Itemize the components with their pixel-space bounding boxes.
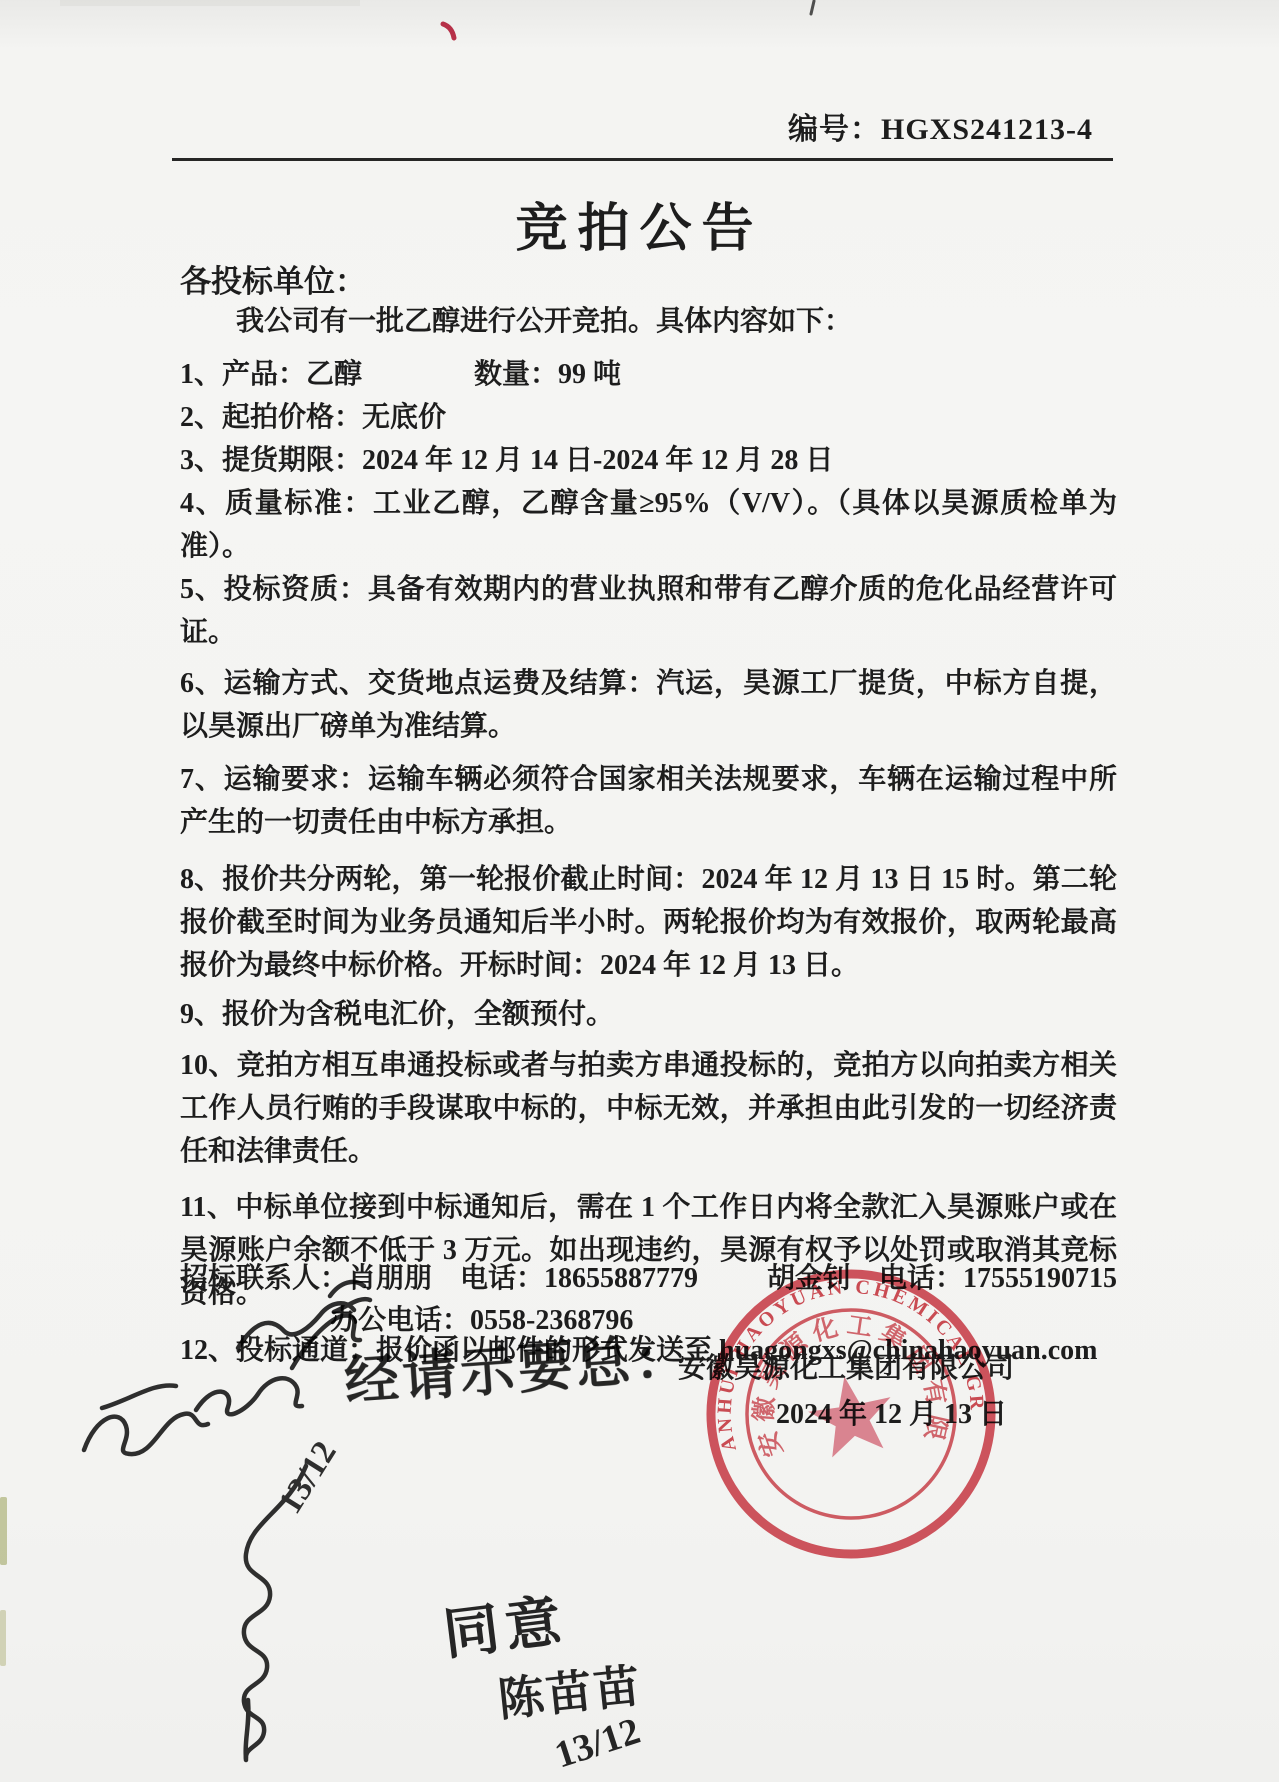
scan-edge-artifact-left-2 (0, 1610, 6, 1666)
document-body: 我公司有一批乙醇进行公开竞拍。具体内容如下： 1、产品：乙醇 数量：99 吨 2… (180, 300, 1117, 1372)
contact-row: 招标联系人：肖朋朋 电话：18655887779 胡金钊 电话：17555190… (180, 1256, 1117, 1296)
contact-primary: 招标联系人：肖朋朋 电话：18655887779 (180, 1256, 698, 1296)
item-1: 1、产品：乙醇 数量：99 吨 (180, 353, 1117, 396)
item-4: 4、质量标准：工业乙醇，乙醇含量≥95%（V/V）。（具体以昊源质检单为准）。 (180, 482, 1117, 568)
item-5: 5、投标资质：具备有效期内的营业执照和带有乙醇介质的危化品经营许可证。 (180, 568, 1117, 654)
item-3: 3、提货期限：2024 年 12 月 14 日-2024 年 12 月 28 日 (180, 439, 1117, 482)
scanned-document-page: { "document": { "doc_number": "编号：HGXS24… (0, 0, 1279, 1782)
item-6: 6、运输方式、交货地点运费及结算：汽运，昊源工厂提货，中标方自提，以昊源出厂磅单… (180, 662, 1117, 748)
signoff-date: 2024 年 12 月 13 日 (776, 1392, 1007, 1432)
scan-edge-artifact-left-1 (0, 1497, 7, 1565)
scan-edge-artifact-top (60, 0, 360, 6)
intro-paragraph: 我公司有一批乙醇进行公开竞拍。具体内容如下： (180, 300, 1117, 343)
header-rule (172, 158, 1113, 161)
item-7: 7、运输要求：运输车辆必须符合国家相关法规要求，车辆在运输过程中所产生的一切责任… (180, 758, 1117, 844)
red-pen-mark (443, 24, 454, 38)
item-9: 9、报价为含税电汇价，全额预付。 (180, 993, 1117, 1036)
handwritten-signature: 陈苗苗 (496, 1660, 645, 1726)
contact-office: 办公电话：0558-2368796 (330, 1298, 633, 1338)
salutation: 各投标单位： (180, 256, 366, 301)
handwritten-sign-date: 13/12 (550, 1710, 645, 1777)
svg-text:13/12: 13/12 (271, 1435, 343, 1520)
scan-tick-mark (811, 1, 814, 14)
item-10: 10、竞拍方相互串通投标或者与拍卖方串通投标的，竞拍方以向拍卖方相关工作人员行贿… (180, 1044, 1117, 1173)
page-title: 竞拍公告 (0, 186, 1279, 261)
item-2: 2、起拍价格：无底价 (180, 396, 1117, 439)
signoff-company: 安徽昊源化工集团有限公司 (678, 1346, 1014, 1386)
doc-number: 编号：HGXS241213-4 (788, 104, 1093, 148)
item-8: 8、报价共分两轮，第一轮报价截止时间：2024 年 12 月 13 日 15 时… (180, 858, 1117, 987)
contact-secondary: 胡金钊 电话：17555190715 (767, 1256, 1117, 1296)
handwritten-approval: 同意 (440, 1590, 571, 1667)
